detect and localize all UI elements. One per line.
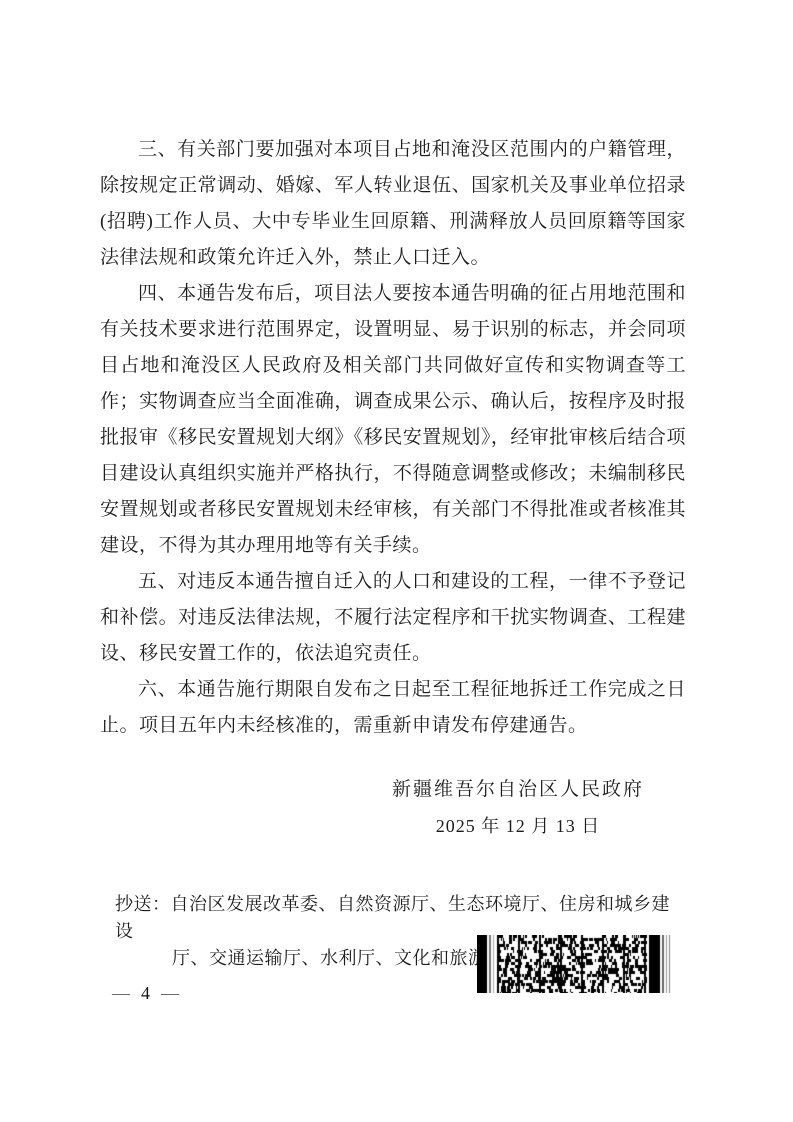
notice-body: 三、有关部门要加强对本项目占地和淹没区范围内的户籍管理，除按规定正常调动、婚嫁、… xyxy=(100,132,686,744)
issuing-authority: 新疆维吾尔自治区人民政府 xyxy=(368,772,668,808)
page-number: — 4 — xyxy=(112,981,179,1005)
notice-paragraph: 五、对违反本通告擅自迁入的人口和建设的工程，一律不予登记和补偿。对违反法律法规，… xyxy=(100,564,686,672)
document-page: 三、有关部门要加强对本项目占地和淹没区范围内的户籍管理，除按规定正常调动、婚嫁、… xyxy=(0,0,793,1122)
page-number-dash: — xyxy=(112,981,130,1005)
page-number-value: 4 xyxy=(141,981,150,1005)
signature-block: 新疆维吾尔自治区人民政府 2025 年 12 月 13 日 xyxy=(368,772,668,844)
notice-paragraph: 四、本通告发布后，项目法人要按本通告明确的征占用地范围和有关技术要求进行范围界定… xyxy=(100,276,686,564)
issue-date: 2025 年 12 月 13 日 xyxy=(368,808,668,844)
notice-paragraph: 三、有关部门要加强对本项目占地和淹没区范围内的户籍管理，除按规定正常调动、婚嫁、… xyxy=(100,132,686,276)
barcode-image xyxy=(477,935,671,993)
page-number-dash: — xyxy=(161,981,179,1005)
notice-paragraph: 六、本通告施行期限自发布之日起至工程征地拆迁工作完成之日止。项目五年内未经核准的… xyxy=(100,672,686,744)
